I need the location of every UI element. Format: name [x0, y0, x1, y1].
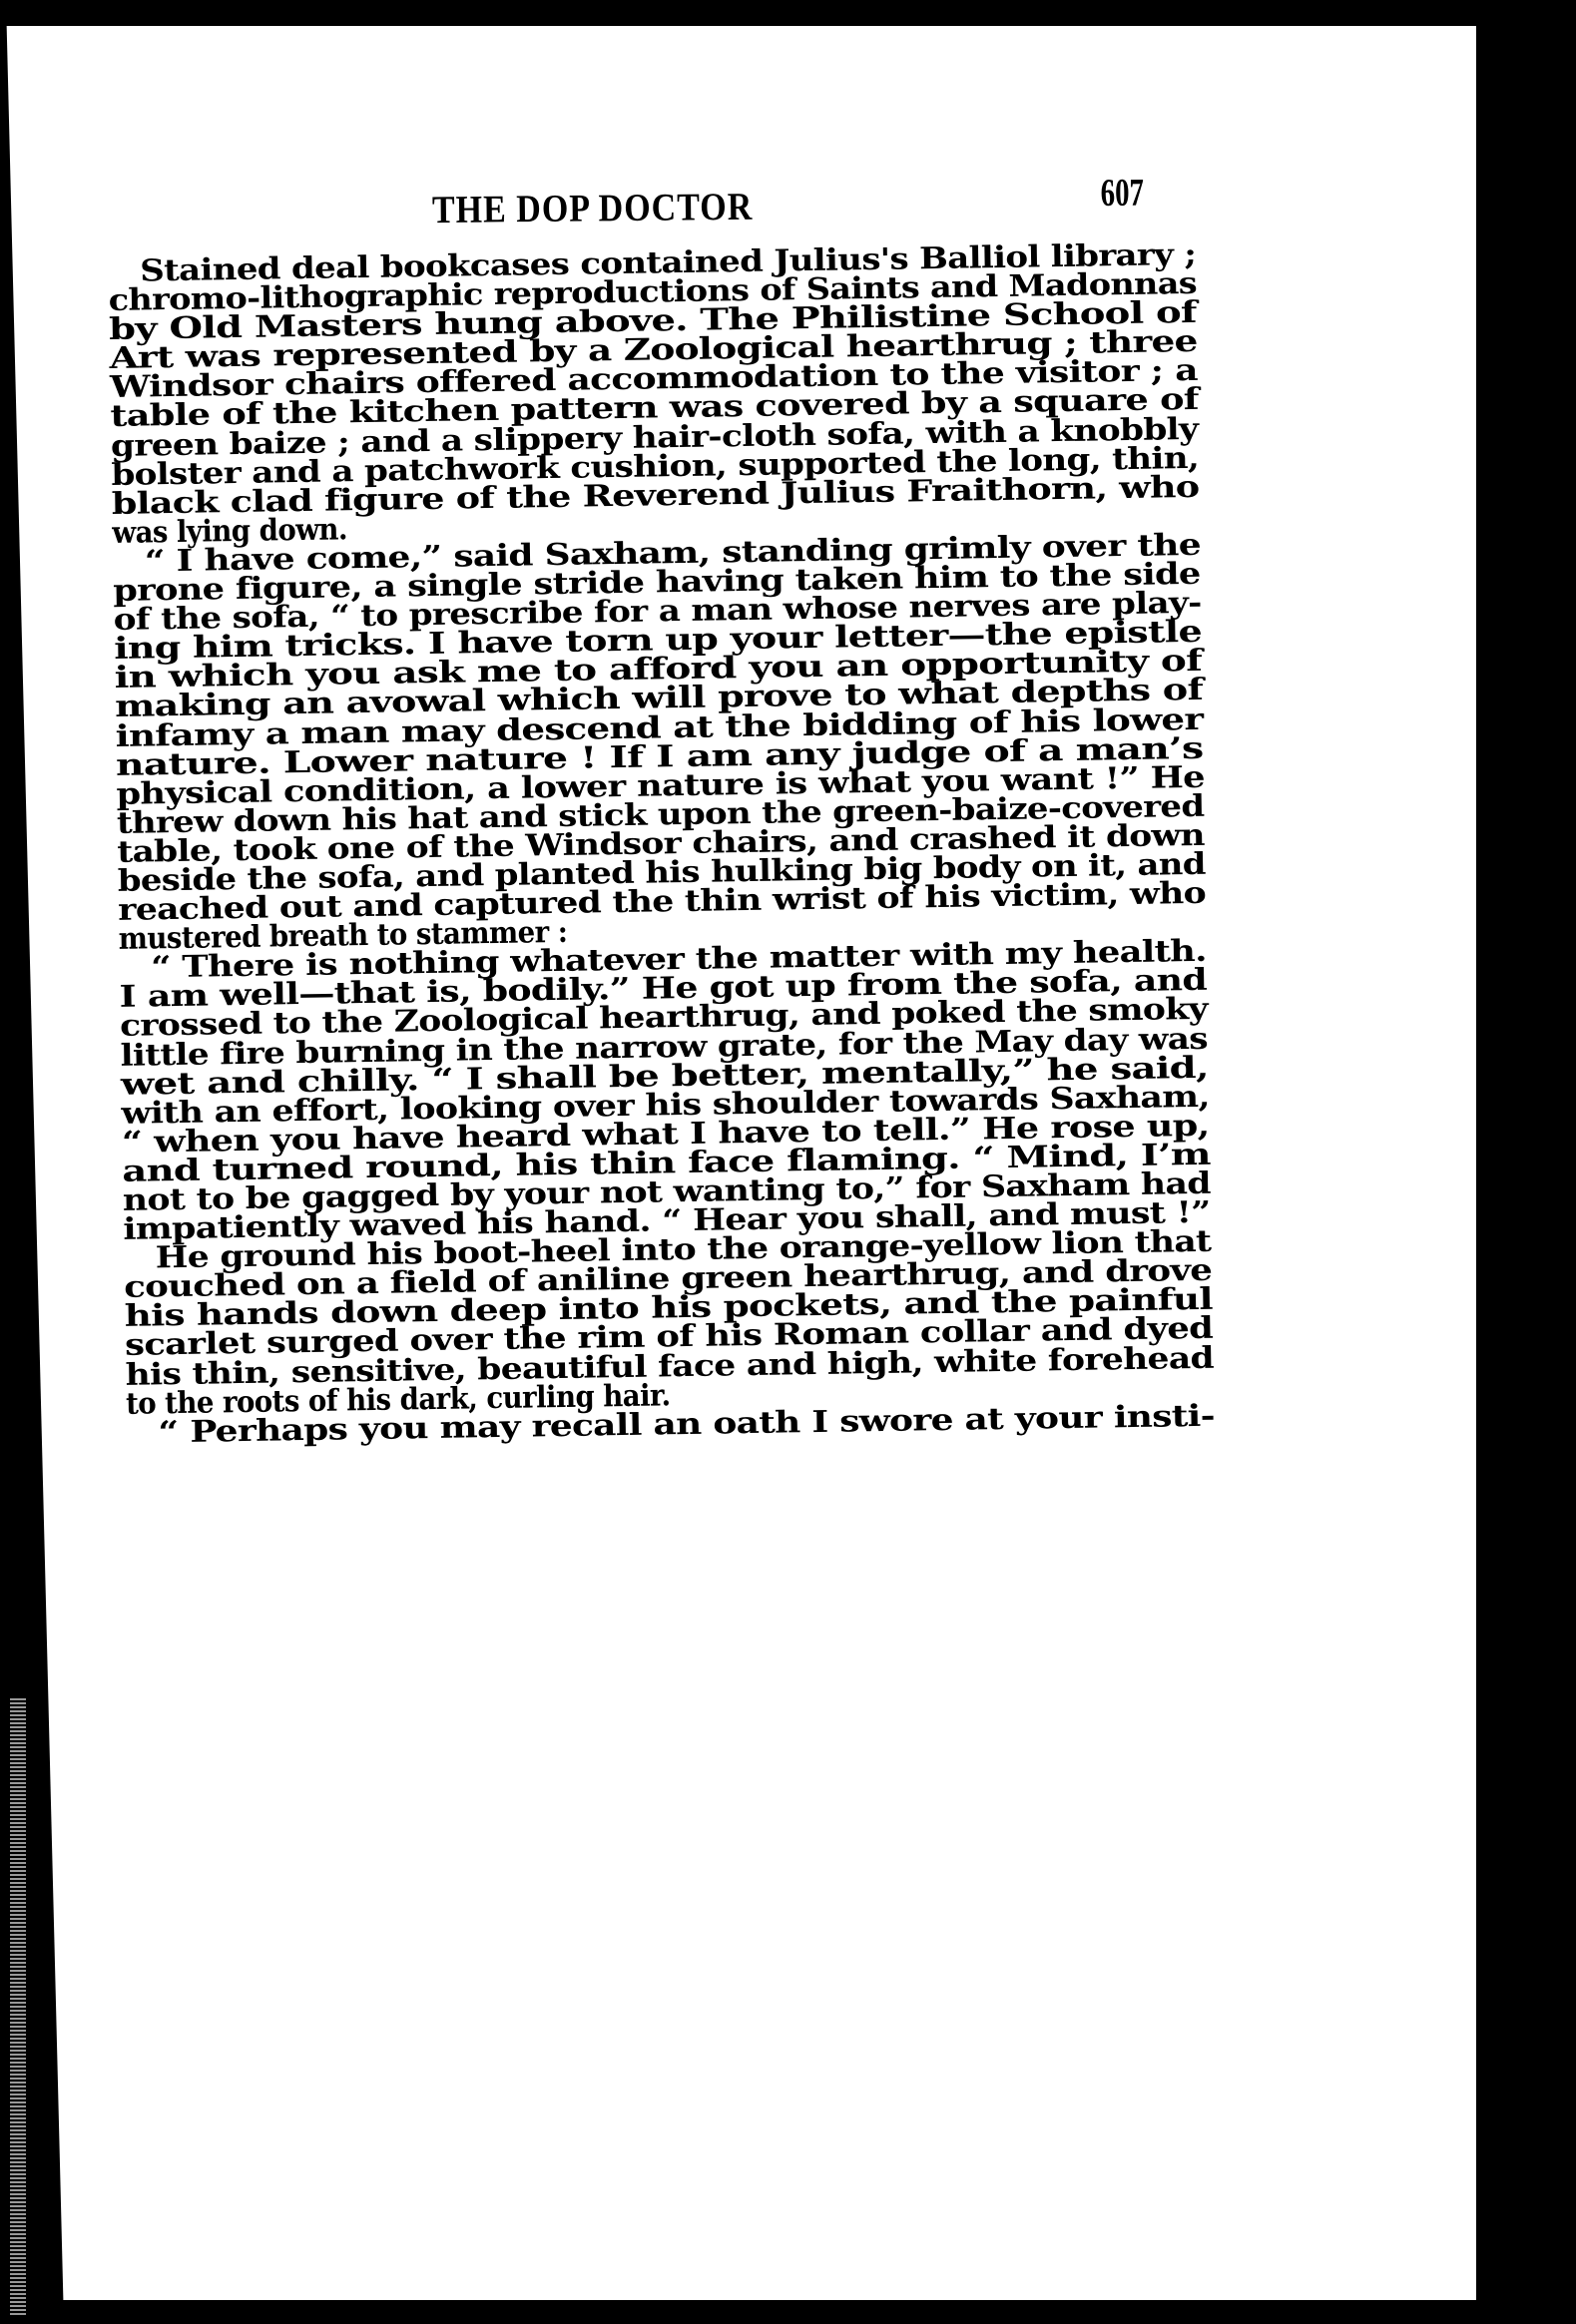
- scanned-book-page: THE DOP DOCTOR 607 Stained deal bookcase…: [0, 0, 1576, 2324]
- running-head: THE DOP DOCTOR 607: [105, 185, 1193, 235]
- scan-border-top: [0, 0, 1576, 26]
- body-text: Stained deal bookcases contained Julius'…: [108, 240, 1215, 1448]
- scan-border-right: [1476, 0, 1576, 2324]
- scan-noise-streak: [10, 1696, 26, 2315]
- page-number: 607: [1100, 172, 1144, 216]
- scan-border-bottom: [0, 2300, 1576, 2324]
- running-head-title: THE DOP DOCTOR: [432, 186, 754, 232]
